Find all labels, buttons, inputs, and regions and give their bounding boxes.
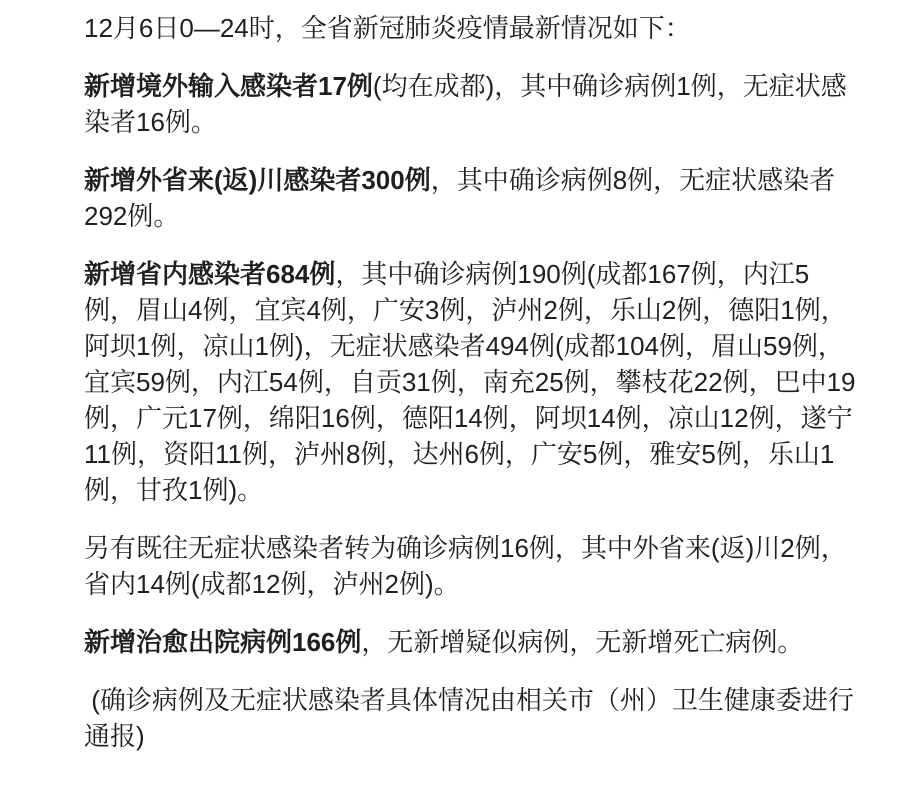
paragraph-converted: 另有既往无症状感染者转为确诊病例16例，其中外省来(返)川2例，省内14例(成都… xyxy=(84,530,856,602)
recovered-detail: ，无新增疑似病例，无新增死亡病例。 xyxy=(361,627,803,657)
epidemic-report-page: 12月6日0—24时，全省新冠肺炎疫情最新情况如下： 新增境外输入感染者17例(… xyxy=(0,0,921,800)
paragraph-provincial: 新增省内感染者684例，其中确诊病例190例(成都167例，内江5例，眉山4例，… xyxy=(84,256,856,508)
overseas-imported-lead: 新增境外输入感染者17例 xyxy=(84,71,373,101)
epidemic-report-article: 12月6日0—24时，全省新冠肺炎疫情最新情况如下： 新增境外输入感染者17例(… xyxy=(84,10,856,754)
note-text: (确诊病例及无症状感染者具体情况由相关市（州）卫生健康委进行通报) xyxy=(84,685,854,751)
provincial-lead: 新增省内感染者684例 xyxy=(84,259,335,289)
paragraph-other-province: 新增外省来(返)川感染者300例，其中确诊病例8例，无症状感染者292例。 xyxy=(84,162,856,234)
other-province-lead: 新增外省来(返)川感染者300例 xyxy=(84,165,431,195)
paragraph-overseas-imported: 新增境外输入感染者17例(均在成都)，其中确诊病例1例，无症状感染者16例。 xyxy=(84,68,856,140)
paragraph-recovered: 新增治愈出院病例166例，无新增疑似病例，无新增死亡病例。 xyxy=(84,624,856,660)
recovered-lead: 新增治愈出院病例166例 xyxy=(84,627,361,657)
paragraph-note: (确诊病例及无症状感染者具体情况由相关市（州）卫生健康委进行通报) xyxy=(84,682,856,754)
report-intro-text: 12月6日0—24时，全省新冠肺炎疫情最新情况如下： xyxy=(84,13,691,43)
provincial-detail: ，其中确诊病例190例(成都167例，内江5例，眉山4例，宜宾4例，广安3例，泸… xyxy=(84,259,856,505)
report-intro: 12月6日0—24时，全省新冠肺炎疫情最新情况如下： xyxy=(84,10,856,46)
converted-detail: 另有既往无症状感染者转为确诊病例16例，其中外省来(返)川2例，省内14例(成都… xyxy=(84,533,847,599)
